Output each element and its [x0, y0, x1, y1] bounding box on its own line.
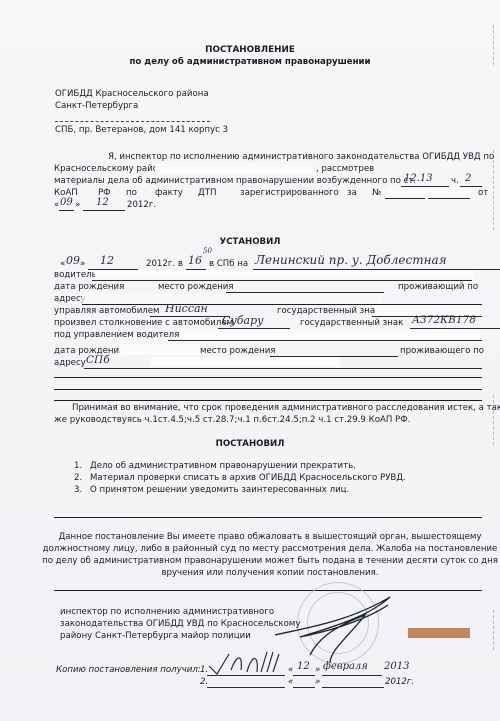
second-driver-underline: [168, 340, 482, 341]
receipt-row2-month-underline: [322, 687, 384, 688]
blank-line: [54, 377, 482, 378]
place-label: в СПб на: [209, 259, 248, 270]
text-registered: зарегистрированного: [240, 188, 339, 199]
event-minutes: 50: [203, 247, 212, 255]
redacted-inspector-name: [155, 164, 313, 174]
resolved-item-num: 2.: [74, 473, 82, 484]
considering-line-2: же руководствуясь ч.1ст.4.5;ч.5 ст.28.7;…: [54, 415, 410, 426]
appeal-line-1: Данное постановление Вы имеете право обж…: [40, 532, 500, 543]
receipt-row2-signature-line: [207, 687, 285, 688]
intro-line-1: Я, инспектор по исполнению административ…: [108, 152, 494, 163]
resolved-item: О принятом решении уведомить заинтересов…: [90, 485, 349, 496]
event-year: 2012г. в: [146, 259, 183, 270]
text-dtp: ДТП: [198, 188, 216, 199]
authority-divider: [55, 121, 210, 122]
appeal-line-3: по делу об административном правонарушен…: [40, 556, 500, 567]
plate-label: государственный знак: [277, 306, 380, 317]
redacted-driver-address: [82, 294, 382, 303]
redacted-second-birthdate: [120, 344, 200, 355]
event-hour: 16: [188, 254, 202, 267]
document-subtitle: по делу об административном правонарушен…: [0, 57, 500, 68]
receipt-row2-day-underline: [293, 687, 315, 688]
other-plate-label: государственный знак: [300, 318, 403, 329]
redacted-second-driver: [180, 329, 480, 340]
signature-line-3: району Санкт-Петербурга майор полиции: [60, 631, 251, 642]
second-residing-label: проживающего по: [400, 346, 484, 357]
signature-line-1: инспектор по исполнению административног…: [60, 607, 274, 618]
driver-underline: [92, 280, 472, 281]
redacted-registration-number: [386, 187, 471, 197]
registration-number-underline: [385, 198, 425, 199]
part-value: 2: [465, 173, 471, 184]
collision-label: произвел столкновение с автомобилем: [54, 318, 233, 329]
blank-line: [54, 400, 482, 401]
resolved-heading: ПОСТАНОВИЛ: [0, 439, 500, 450]
residing-label: проживающий по: [398, 282, 478, 293]
redacted-driver-name: [95, 270, 475, 279]
vehicle-label: управляя автомобилем: [54, 306, 160, 317]
other-plate-value: А372КВ178: [412, 314, 476, 326]
appeal-line-2: должностному лицу, либо в районный суд п…: [40, 544, 500, 555]
receipt-row2-close-quote: »: [315, 677, 320, 688]
birthplace-label: место рождения: [158, 282, 234, 293]
authority-name: ОГИБДД Красносельского района: [55, 89, 209, 100]
section-divider: [54, 517, 482, 518]
other-vehicle-value: Субару: [222, 314, 264, 327]
receipt-row1-month-underline: [322, 675, 382, 676]
authority-city: Санкт-Петербурга: [55, 101, 138, 112]
driver-label: водитель: [54, 270, 97, 281]
established-heading: УСТАНОВИЛ: [0, 237, 500, 248]
redacted-second-address: [150, 357, 340, 367]
receipt-row1-day-underline: [293, 675, 315, 676]
receipt-row1-year: 2013: [384, 661, 409, 672]
article-value: 12.13: [404, 173, 433, 184]
resolved-item-num: 3.: [74, 485, 82, 496]
birthdate-label: дата рождения: [54, 282, 124, 293]
vehicle-underline: [150, 316, 230, 317]
address-label: адресу: [54, 294, 86, 305]
redacted-inspector-surname: [408, 628, 470, 638]
document-page: ПОСТАНОВЛЕНИЕ по делу об административно…: [0, 0, 500, 721]
second-address-value: СПб: [86, 354, 110, 366]
receipt-row1-month: февраля: [323, 661, 368, 672]
intro-month-underline: [83, 210, 125, 211]
text-za: за: [347, 188, 357, 199]
birthplace-underline: [226, 292, 384, 293]
considering-line-1: Принимая во внимание, что срок проведени…: [72, 403, 500, 414]
document-title: ПОСТАНОВЛЕНИЕ: [0, 45, 500, 56]
second-birthplace-label: место рождения: [200, 346, 276, 357]
second-address-label: адресу: [54, 358, 86, 369]
authority-address: СПБ, пр. Ветеранов, дом 141 корпус 3: [55, 125, 228, 136]
registration-date-underline: [428, 198, 470, 199]
receipt-row1-day: 12: [297, 661, 310, 672]
scan-edge-mark: [493, 610, 494, 650]
intro-line-2-end: , рассмотрев: [316, 164, 374, 175]
intro-date-year: 2012г.: [127, 200, 156, 211]
text-faktu: факту: [155, 188, 183, 199]
event-day: 09: [66, 254, 80, 267]
vehicle-value: Ниссан: [165, 302, 208, 315]
close-quote: »: [80, 259, 85, 270]
second-address-underline: [84, 368, 482, 369]
blank-line: [54, 389, 482, 390]
receipt-label: Копию постановления получил:: [56, 665, 201, 676]
appeal-line-4: вручения или получения копии постановлен…: [40, 568, 500, 579]
part-label: ч.: [451, 176, 459, 187]
resolved-item: Дело об административном правонарушении …: [90, 461, 356, 472]
recipient-signature-icon: [207, 650, 287, 678]
second-driver-label: под управлением водителя: [54, 330, 179, 341]
intro-line-3: материалы дела об административном право…: [54, 176, 416, 187]
receipt-row2-year: 2012г.: [385, 677, 414, 688]
intro-day-underline: [59, 210, 74, 211]
section-divider: [54, 590, 482, 591]
text-po: по: [126, 188, 137, 199]
resolved-item-num: 1.: [74, 461, 82, 472]
inspector-signature-icon: [270, 595, 400, 665]
receipt-close-quote: »: [315, 665, 320, 676]
intro-date-day-value: 09: [60, 197, 73, 208]
open-quote: «: [60, 259, 65, 270]
resolved-item: Материал проверки списать в архив ОГИБДД…: [90, 473, 406, 484]
text-number-sign: №: [372, 188, 381, 199]
intro-date-month-value: 12: [96, 197, 109, 208]
text-ot: от: [478, 188, 488, 199]
place-value: Ленинский пр. у. Доблестная: [255, 253, 447, 267]
signature-line-2: законодательства ОГИБДД УВД по Красносел…: [60, 619, 300, 630]
event-month: 12: [100, 254, 114, 267]
close-quote: »: [75, 200, 80, 211]
